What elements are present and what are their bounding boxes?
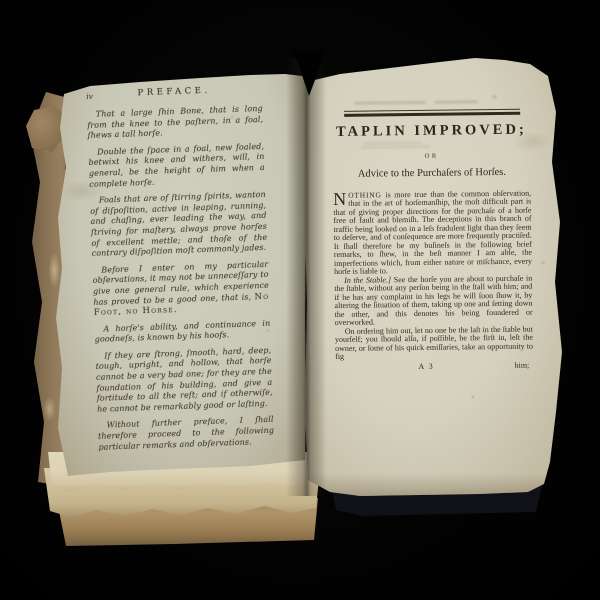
body-paragraph: On ordering him out, let no one be the l… (335, 325, 533, 361)
page-footer: A 3 him; (335, 361, 533, 373)
signature-mark: A 3 (418, 362, 434, 371)
catchword: him; (515, 361, 530, 370)
preface-heading: PREFACE. (86, 84, 262, 101)
show-through-text-marks (332, 98, 530, 109)
drop-cap: N (333, 191, 348, 206)
preface-paragraph: If they are ſtrong, ſmooth, hard, deep, … (95, 346, 273, 416)
right-page-text-block: TAPLIN IMPROVED; OR Advice to the Purcha… (332, 98, 533, 374)
show-through-text-marks (333, 140, 531, 151)
body-paragraph: In the Stable.] See the horſe you are ab… (334, 274, 533, 327)
page-number: iv (86, 92, 93, 103)
chapter-subtitle: Advice to the Purchaſers of Horſes. (333, 169, 531, 180)
left-page: iv PREFACE. That a large ſhin Bone, that… (50, 68, 310, 478)
paragraph-text: is more true than the common obſervation… (333, 188, 532, 276)
chapter-body: NOTHING is more true than the common obſ… (333, 189, 533, 361)
left-page-header: iv PREFACE. (86, 84, 262, 102)
preface-text-block: iv PREFACE. That a large ſhin Bone, that… (86, 84, 275, 459)
preface-paragraph: Foals that are of ſtirring ſpirits, want… (90, 190, 268, 260)
preface-paragraph: Without further preface, I ſhall therefo… (98, 415, 275, 453)
chapter-title: TAPLIN IMPROVED; (332, 126, 530, 137)
right-page: TAPLIN IMPROVED; OR Advice to the Purcha… (300, 52, 570, 500)
photo-open-antique-book: TAPLIN IMPROVED; OR Advice to the Purcha… (0, 0, 600, 600)
title-or-word: OR (333, 151, 531, 162)
preface-paragraph: Before I enter on my particular obſervat… (92, 259, 270, 318)
double-rule-divider (344, 109, 520, 117)
preface-paragraph: A horſe's ability, and continuance in go… (94, 318, 271, 345)
preface-paragraph: Double the ſpace in a foal, new foaled, … (88, 142, 265, 190)
preface-paragraph: That a large ſhin Bone, that is long fro… (87, 104, 264, 142)
paragraph-text: Before I enter on my particular obſervat… (93, 259, 270, 306)
body-paragraph-opening: NOTHING is more true than the common obſ… (333, 189, 532, 276)
